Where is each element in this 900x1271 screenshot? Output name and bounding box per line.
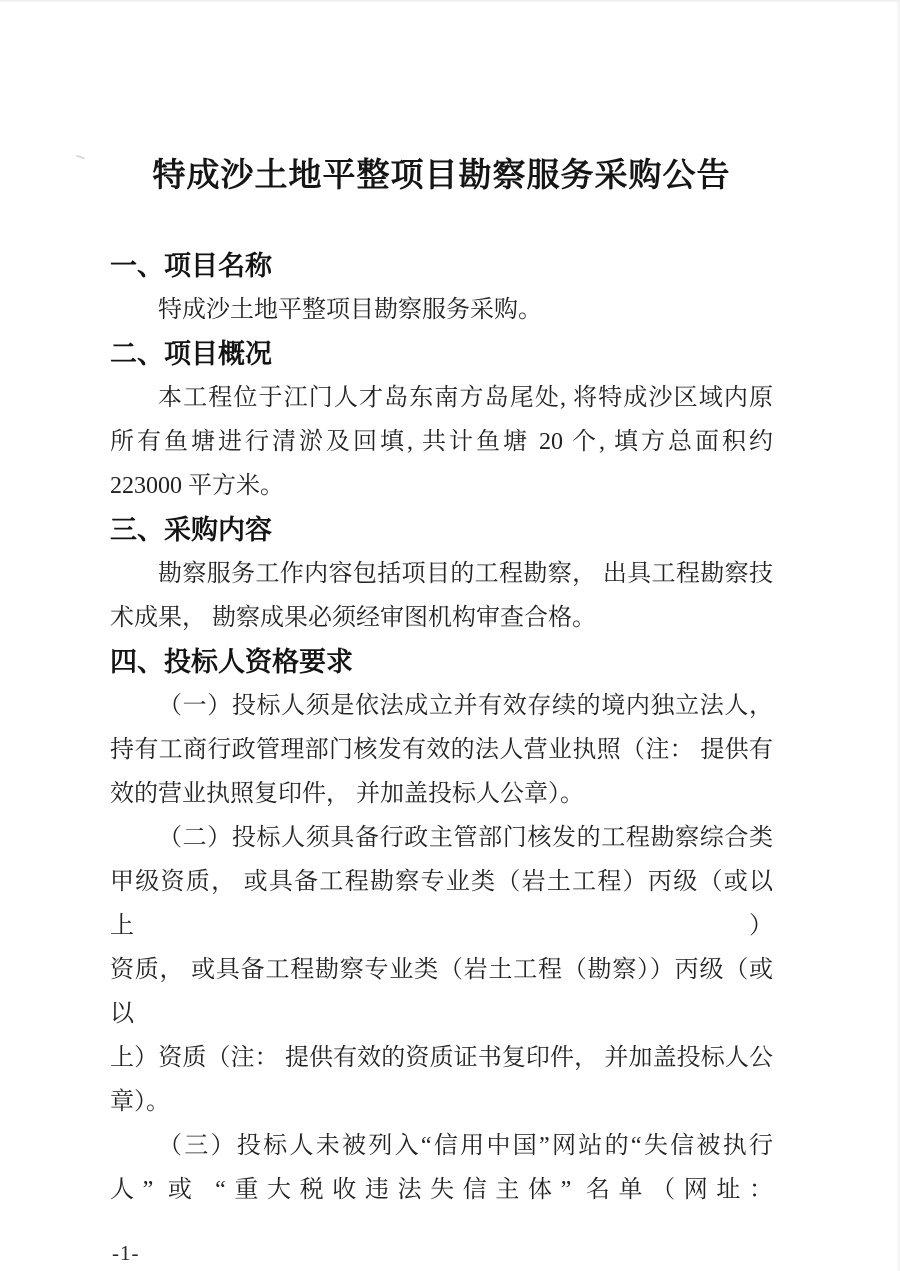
- section-heading-4: 四、投标人资格要求: [110, 640, 773, 684]
- section-heading-3: 三、采购内容: [110, 508, 773, 552]
- section-heading-1: 一、项目名称: [110, 244, 773, 288]
- scan-edge-right: [896, 0, 900, 1271]
- body-line: 特成沙土地平整项目勘察服务采购。: [110, 288, 773, 332]
- body-line: 术成果， 勘察成果必须经审图机构审查合格。: [110, 596, 773, 640]
- body-line: 持有工商行政管理部门核发有效的法人营业执照（注： 提供有: [110, 728, 773, 772]
- body-line: （一）投标人须是依法成立并有效存续的境内独立法人，: [110, 684, 773, 728]
- scan-artifact: [76, 155, 85, 160]
- body-line: 本工程位于江门人才岛东南方岛尾处, 将特成沙区域内原: [110, 376, 773, 420]
- body-line: 章）。: [110, 1080, 773, 1124]
- body-line: 甲级资质， 或具备工程勘察专业类（岩土工程）丙级（或以上）: [110, 860, 773, 948]
- body-line: 223000 平方米。: [110, 464, 773, 508]
- body-line: （二）投标人须具备行政主管部门核发的工程勘察综合类: [110, 816, 773, 860]
- body-line: （三）投标人未被列入“信用中国”网站的“失信被执行: [110, 1124, 773, 1168]
- section-heading-2: 二、项目概况: [110, 332, 773, 376]
- document-body: 一、项目名称 特成沙土地平整项目勘察服务采购。 二、项目概况 本工程位于江门人才…: [0, 244, 900, 1212]
- scan-edge-top: [0, 0, 900, 3]
- body-line: 人” 或 “重大税收违法失信主体” 名单（网址：: [110, 1168, 773, 1212]
- body-line: 效的营业执照复印件， 并加盖投标人公章）。: [110, 772, 773, 816]
- body-line: 所有鱼塘进行清淤及回填, 共计鱼塘 20 个, 填方总面积约: [110, 420, 773, 464]
- body-line: 勘察服务工作内容包括项目的工程勘察， 出具工程勘察技: [110, 552, 773, 596]
- page-number: -1-: [112, 1238, 900, 1268]
- body-line: 上）资质（注： 提供有效的资质证书复印件， 并加盖投标人公: [110, 1036, 773, 1080]
- document-page: 特成沙土地平整项目勘察服务采购公告 一、项目名称 特成沙土地平整项目勘察服务采购…: [0, 0, 900, 1271]
- body-line: 资质， 或具备工程勘察专业类（岩土工程（勘察））丙级（或以: [110, 948, 773, 1036]
- document-title: 特成沙土地平整项目勘察服务采购公告: [110, 152, 773, 198]
